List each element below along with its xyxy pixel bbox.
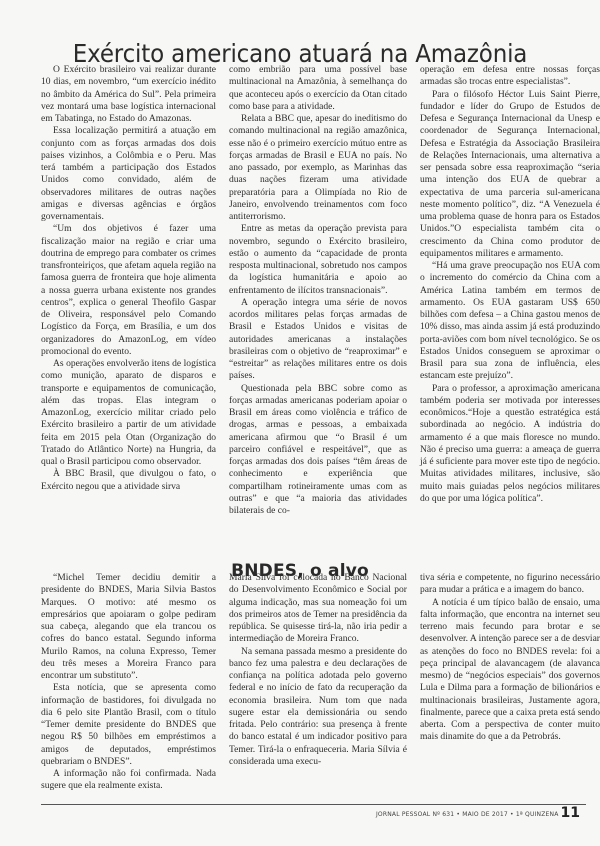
page-footer: JORNAL PESSOAL Nº 631 • MAIO DE 2017 • 1… — [376, 806, 580, 820]
sidebar-column-2: Maria Silva foi colocada no Banco Nacion… — [229, 572, 407, 793]
footer-divider — [41, 804, 586, 805]
article-body: O Exército brasileiro vai realizar duran… — [41, 64, 600, 517]
paragraph: Esta notícia, que se apresenta como info… — [41, 682, 216, 768]
paragraph: “Michel Temer decidiu demitir a presiden… — [41, 572, 216, 682]
newspaper-page: Exército americano atuará na Amazônia O … — [0, 0, 600, 846]
paragraph: tiva séria e competente, no figurino nec… — [420, 572, 600, 597]
paragraph: operação em defesa entre nossas forças a… — [420, 64, 600, 89]
paragraph: Maria Silva foi colocada no Banco Nacion… — [229, 572, 407, 646]
paragraph: À BBC Brasil, que divulgou o fato, o Exé… — [41, 468, 216, 493]
paragraph: A informação não foi confirmada. Nada su… — [41, 768, 216, 793]
paragraph: como embrião para uma possível base mult… — [229, 64, 407, 113]
paragraph: O Exército brasileiro vai realizar duran… — [41, 64, 216, 125]
sidebar-column-3: tiva séria e competente, no figurino nec… — [420, 572, 600, 793]
paragraph: Essa localização permitirá a atuação em … — [41, 125, 216, 223]
page-number: 11 — [561, 806, 580, 820]
paragraph: “Há uma grave preocupação nos EUA com o … — [420, 260, 600, 383]
paragraph: Para o professor, a aproximação american… — [420, 383, 600, 506]
paragraph: Para o filósofo Héctor Luis Saint Pierre… — [420, 89, 600, 261]
publication-info: JORNAL PESSOAL Nº 631 • MAIO DE 2017 • 1… — [376, 811, 559, 820]
paragraph: Questionada pela BBC sobre como as força… — [229, 383, 407, 518]
paragraph: Entre as metas da operação prevista para… — [229, 223, 407, 297]
sidebar-article-body: “Michel Temer decidiu demitir a presiden… — [41, 572, 600, 793]
article-column-2: como embrião para uma possível base mult… — [229, 64, 407, 517]
paragraph: A notícia é um típico balão de ensaio, u… — [420, 597, 600, 744]
paragraph: A operação integra uma série de novos ac… — [229, 297, 407, 383]
paragraph: Na semana passada mesmo a presidente do … — [229, 646, 407, 769]
paragraph: As operações envolverão itens de logísti… — [41, 358, 216, 468]
article-column-1: O Exército brasileiro vai realizar duran… — [41, 64, 216, 517]
paragraph: “Um dos objetivos é fazer uma fiscalizaç… — [41, 223, 216, 358]
sidebar-column-1: “Michel Temer decidiu demitir a presiden… — [41, 572, 216, 793]
article-column-3: operação em defesa entre nossas forças a… — [420, 64, 600, 517]
paragraph: Relata a BBC que, apesar do ineditismo d… — [229, 113, 407, 223]
